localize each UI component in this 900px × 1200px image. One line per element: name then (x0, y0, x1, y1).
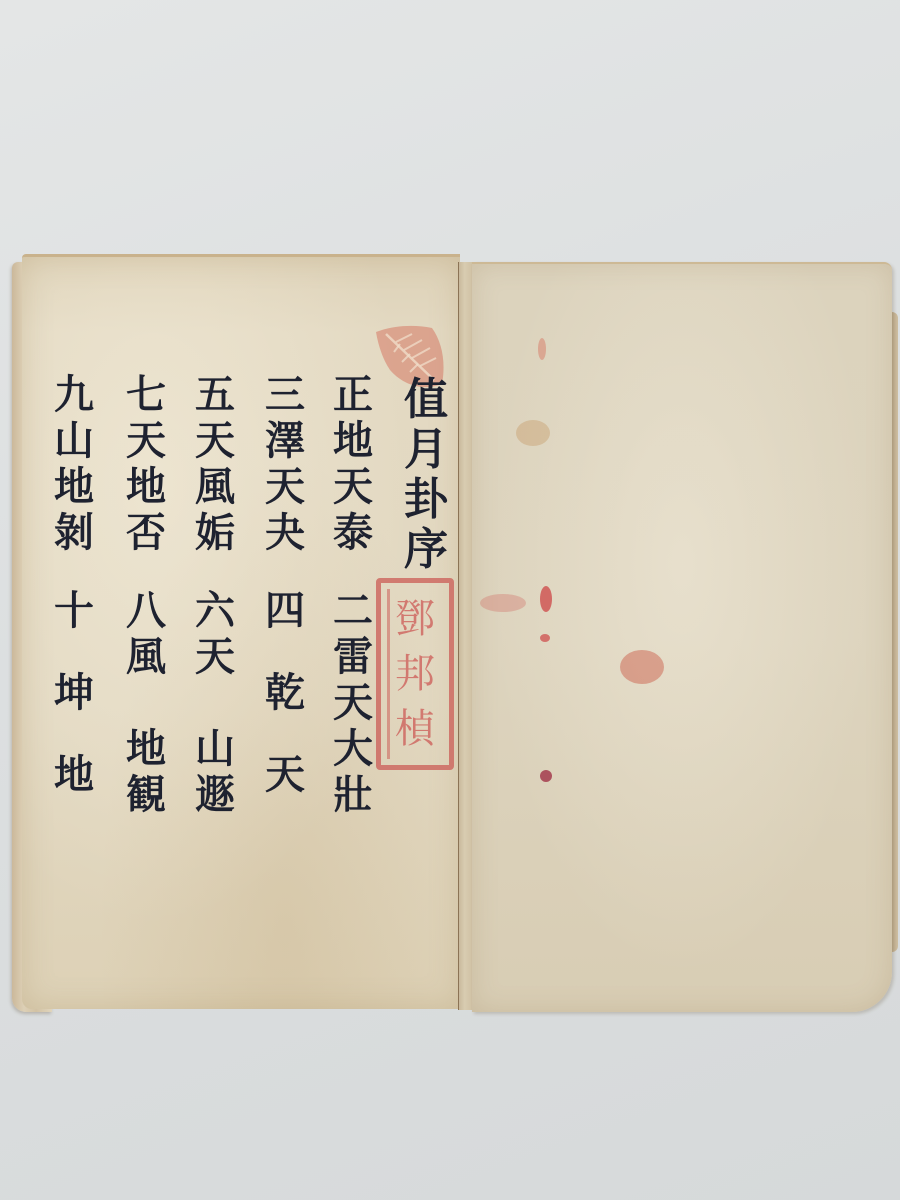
entry-month-7: 七 天 地 否 (116, 372, 176, 556)
red-ink-spot (538, 338, 546, 360)
text-char: 大 (323, 726, 383, 772)
title-char: 月 (396, 425, 456, 475)
red-speckles (480, 594, 526, 612)
text-char: 六 (185, 588, 245, 634)
text-char: 三 (255, 372, 315, 418)
entry-month-3: 三 澤 天 夬 (255, 372, 315, 556)
entry-month-10-hexagram: 坤 (44, 670, 104, 716)
text-char: 澤 (255, 418, 315, 464)
text-char: 九 (44, 372, 104, 418)
text-char: 地 (44, 464, 104, 510)
entry-month-8-b: 地 観 (116, 726, 176, 818)
red-ink-smear (620, 650, 664, 684)
text-char: 四 (255, 588, 315, 634)
water-stain (516, 420, 550, 446)
entry-month-10-trigram: 地 (44, 752, 104, 798)
entry-month-2: 二 雷 天 大 壯 (323, 588, 383, 818)
text-char: 遯 (185, 772, 245, 818)
text-char: 天 (255, 464, 315, 510)
text-char: 天 (185, 634, 245, 680)
text-char: 天 (116, 418, 176, 464)
entry-month-10-number: 十 (44, 588, 104, 634)
red-ink-spot (540, 586, 552, 612)
text-char: 五 (185, 372, 245, 418)
right-page-blank (472, 262, 892, 1012)
title-column: 值 月 卦 序 (396, 375, 456, 575)
text-char: 夬 (255, 510, 315, 556)
text-char: 二 (323, 588, 383, 634)
title-char: 序 (396, 525, 456, 575)
text-char: 地 (116, 726, 176, 772)
entry-month-6-b: 山 遯 (185, 726, 245, 818)
title-char: 卦 (396, 475, 456, 525)
text-char: 姤 (185, 510, 245, 556)
seal-character: 鄧 (395, 595, 435, 643)
text-char: 泰 (323, 510, 383, 556)
manuscript-photo: 鄧 邦 楨 值 月 卦 序 正 地 天 泰 二 雷 天 大 壯 三 澤 天 夬 … (0, 0, 900, 1200)
text-char: 剝 (44, 510, 104, 556)
text-char: 地 (44, 752, 104, 798)
title-char: 值 (396, 375, 456, 425)
seal-border-line (387, 589, 390, 759)
text-char: 天 (185, 418, 245, 464)
entry-month-8-a: 八 風 (116, 588, 176, 680)
text-char: 風 (185, 464, 245, 510)
text-char: 雷 (323, 634, 383, 680)
entry-month-5: 五 天 風 姤 (185, 372, 245, 556)
entry-month-9: 九 山 地 剝 (44, 372, 104, 556)
red-ink-spot (540, 770, 552, 782)
entry-month-6-a: 六 天 (185, 588, 245, 680)
text-char: 十 (44, 588, 104, 634)
entry-month-4-trigram: 天 (255, 752, 315, 798)
name-seal: 鄧 邦 楨 (376, 578, 454, 770)
text-char: 壯 (323, 772, 383, 818)
text-char: 天 (323, 464, 383, 510)
text-char: 地 (323, 418, 383, 464)
text-char: 八 (116, 588, 176, 634)
seal-character: 邦 (395, 650, 435, 698)
entry-month-1: 正 地 天 泰 (323, 372, 383, 556)
text-char: 天 (255, 752, 315, 798)
entry-month-4-hexagram: 乾 (255, 670, 315, 716)
entry-month-4-number: 四 (255, 588, 315, 634)
text-char: 正 (323, 372, 383, 418)
text-char: 観 (116, 772, 176, 818)
text-char: 坤 (44, 670, 104, 716)
text-char: 地 (116, 464, 176, 510)
text-char: 天 (323, 680, 383, 726)
text-char: 乾 (255, 670, 315, 716)
text-char: 七 (116, 372, 176, 418)
red-ink-spot (540, 634, 550, 642)
text-char: 風 (116, 634, 176, 680)
seal-character: 楨 (395, 705, 435, 753)
text-char: 否 (116, 510, 176, 556)
text-char: 山 (185, 726, 245, 772)
text-char: 山 (44, 418, 104, 464)
